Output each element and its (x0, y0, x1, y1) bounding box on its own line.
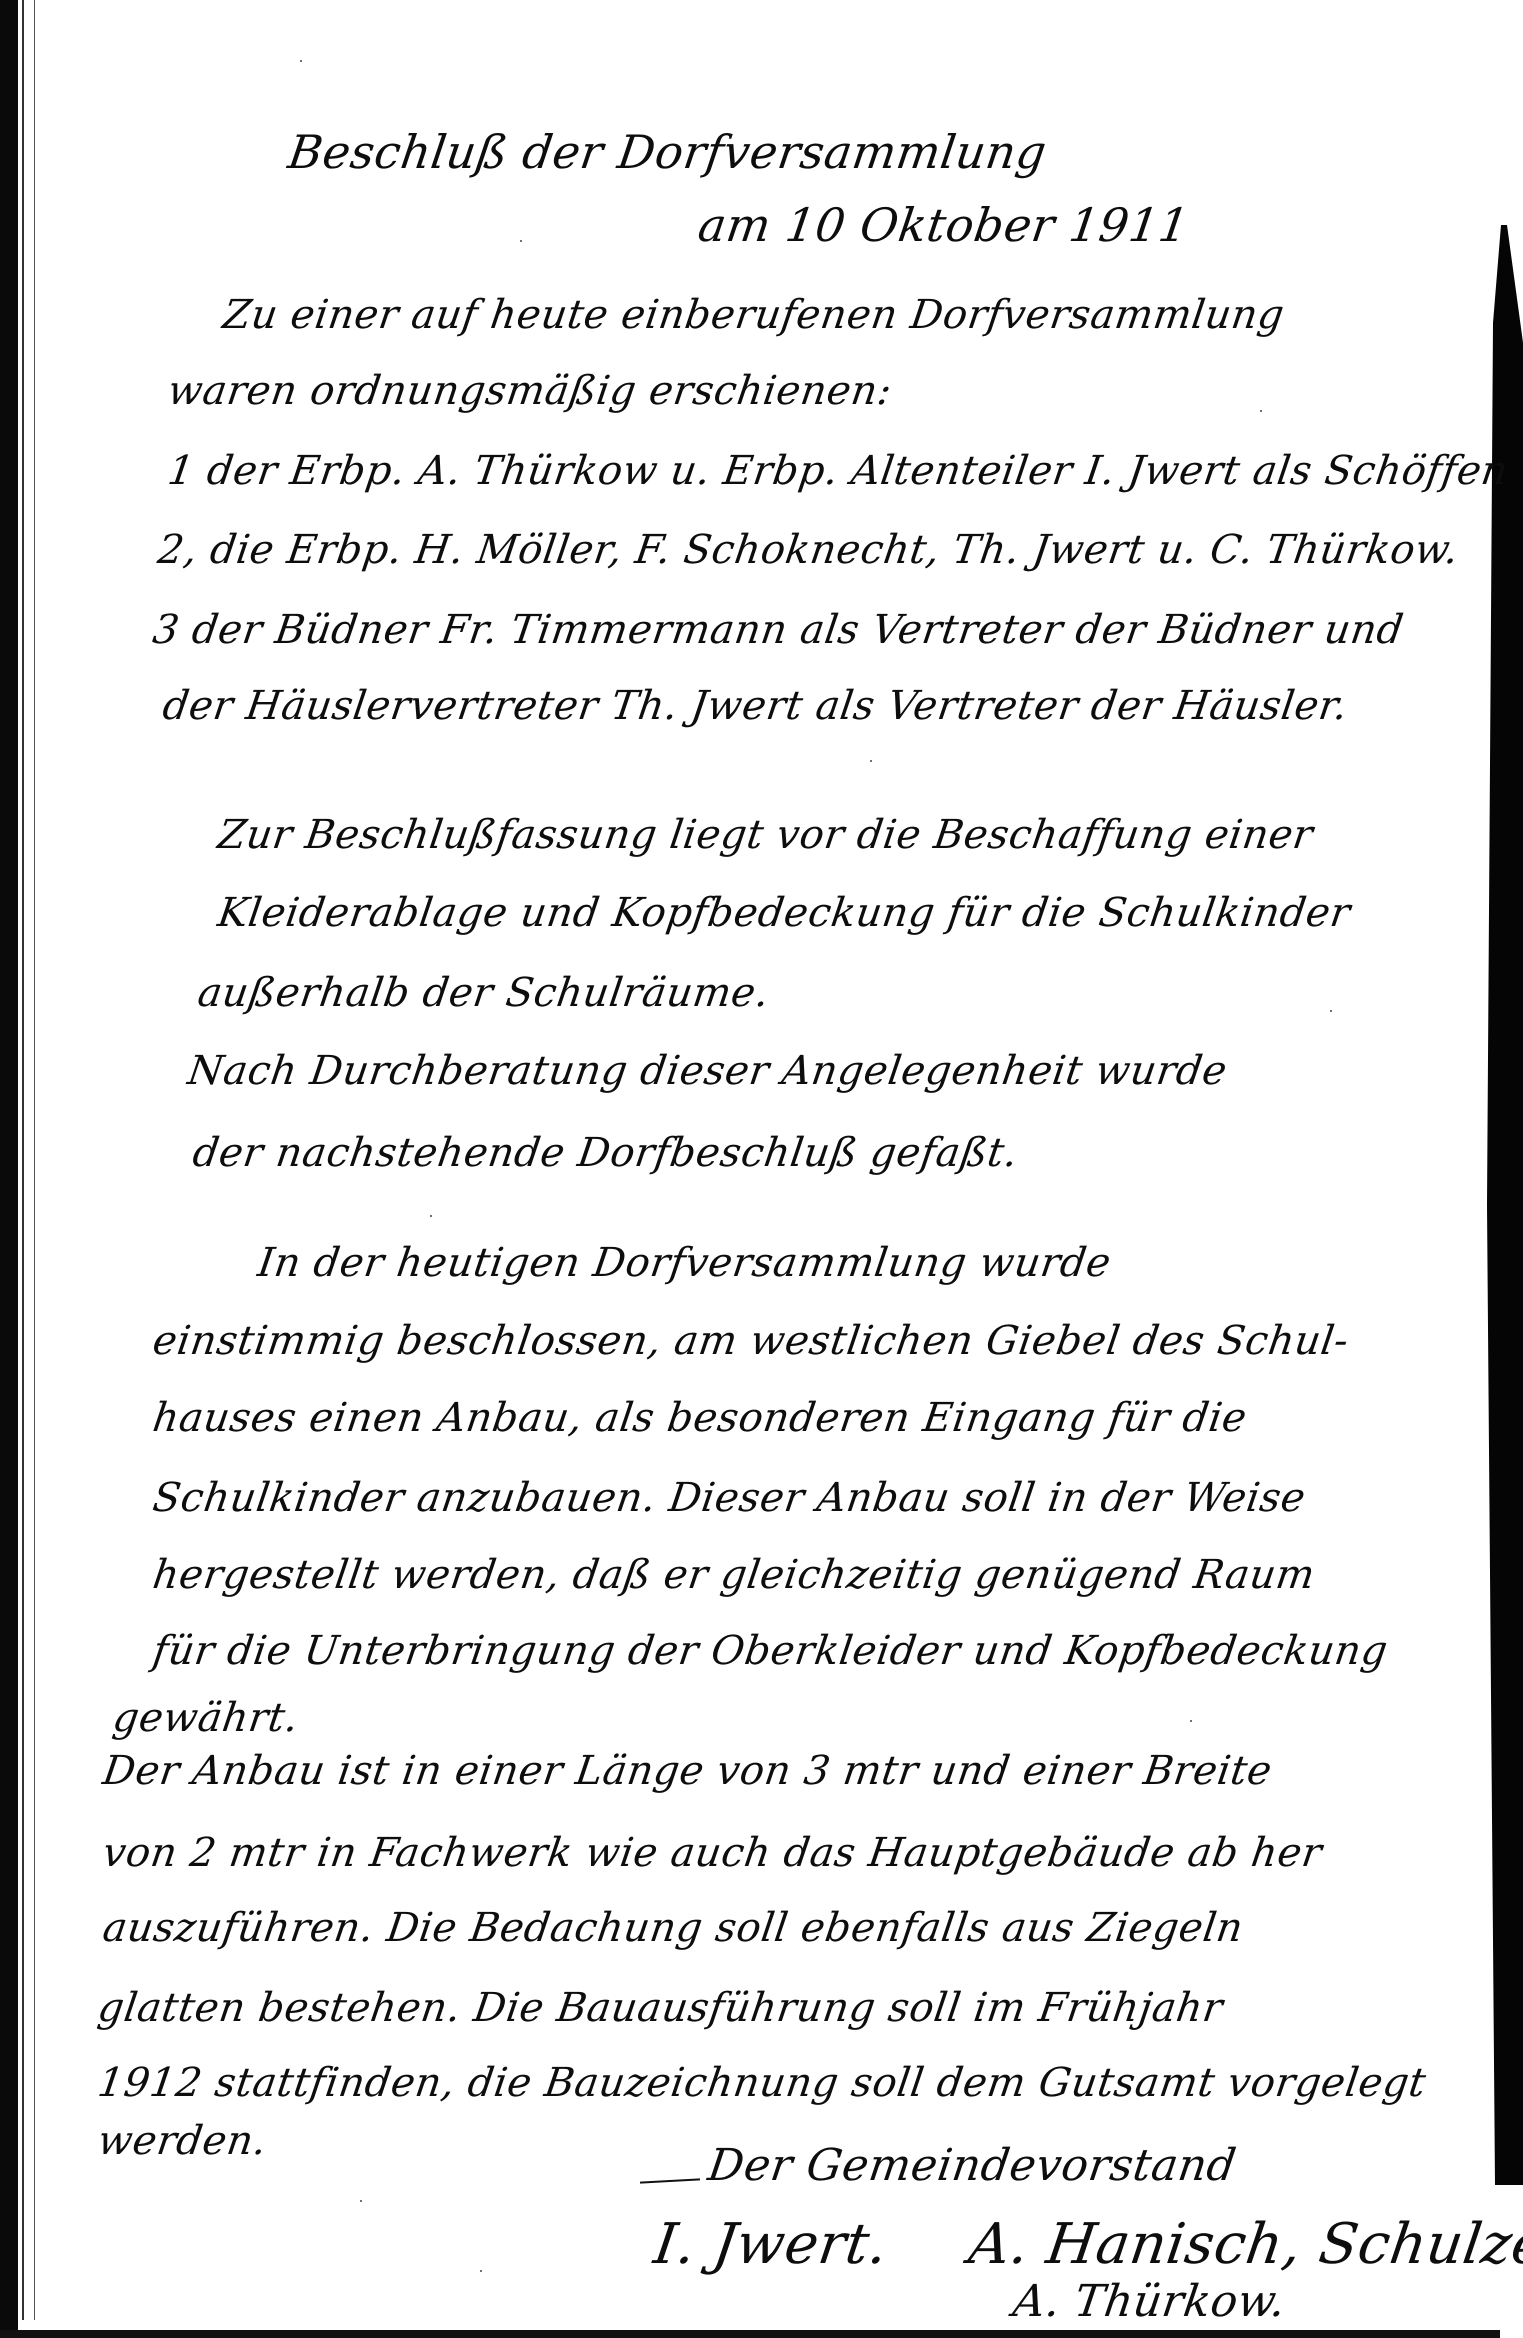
resolution-line: auszuführen. Die Bedachung soll ebenfall… (100, 1905, 1246, 1951)
scan-speck (480, 2270, 482, 2272)
signature-jwert: I. Jwert. (650, 2212, 892, 2277)
resolution-line: gewährt. (110, 1695, 302, 1741)
scan-speck (520, 240, 522, 242)
margin-rule-line (22, 0, 24, 2320)
scan-speck (1330, 1010, 1332, 1012)
attendee-line: 1 der Erbp. A. Thürkow u. Erbp. Altentei… (165, 448, 1511, 494)
scan-speck (1260, 410, 1262, 412)
resolution-line: hergestellt werden, daß er gleichzeitig … (150, 1552, 1318, 1598)
page-edge-bottom (0, 2330, 1500, 2338)
deliberation-line: Nach Durchberatung dieser Angelegenheit … (185, 1048, 1230, 1094)
scan-speck (300, 60, 302, 62)
margin-rule-line (34, 0, 35, 2320)
resolution-line: Der Anbau ist in einer Länge von 3 mtr u… (100, 1748, 1275, 1794)
signature-hanisch: A. Hanisch, Schulze (965, 2212, 1523, 2277)
resolution-line: von 2 mtr in Fachwerk wie auch das Haupt… (100, 1830, 1325, 1876)
resolution-line: werden. (95, 2118, 270, 2164)
closing-line: Der Gemeindevorstand (705, 2140, 1239, 2191)
deliberation-line: der nachstehende Dorfbeschluß gefaßt. (190, 1130, 1021, 1176)
scan-speck (360, 2200, 362, 2202)
intro-line: waren ordnungsmäßig erschienen: (165, 368, 895, 414)
resolution-line: Schulkinder anzubauen. Dieser Anbau soll… (150, 1475, 1308, 1521)
agenda-line: außerhalb der Schulräume. (195, 970, 772, 1016)
resolution-line: glatten bestehen. Die Bauausführung soll… (95, 1985, 1226, 2031)
document-title: Beschluß der Dorfversammlung (285, 125, 1050, 179)
document-date: am 10 Oktober 1911 (695, 198, 1193, 252)
resolution-line: hauses einen Anbau, als besonderen Einga… (150, 1395, 1250, 1441)
binding-edge-left (0, 0, 18, 2338)
scan-speck (1190, 1720, 1192, 1722)
resolution-line: für die Unterbringung der Oberkleider un… (150, 1628, 1391, 1674)
resolution-line: 1912 stattfinden, die Bauzeichnung soll … (95, 2060, 1429, 2106)
scan-speck (870, 760, 872, 762)
attendee-line: der Häuslervertreter Th. Jwert als Vertr… (160, 683, 1351, 729)
scan-speck (430, 1215, 432, 1217)
page-edge-shadow-right (1483, 225, 1523, 2185)
flourish-stroke (640, 2178, 700, 2183)
agenda-line: Zur Beschlußfassung liegt vor die Bescha… (215, 812, 1316, 858)
attendee-line: 2, die Erbp. H. Möller, F. Schoknecht, T… (155, 527, 1462, 573)
resolution-line: In der heutigen Dorfversammlung wurde (255, 1240, 1114, 1286)
attendee-line: 3 der Büdner Fr. Timmermann als Vertrete… (150, 607, 1406, 653)
signature-thuerkow: A. Thürkow. (1010, 2276, 1289, 2327)
agenda-line: Kleiderablage und Kopfbedeckung für die … (215, 890, 1353, 936)
resolution-line: einstimmig beschlossen, am westlichen Gi… (150, 1318, 1352, 1364)
scanned-document-page: Beschluß der Dorfversammlung am 10 Oktob… (0, 0, 1523, 2338)
intro-line: Zu einer auf heute einberufenen Dorfvers… (220, 292, 1287, 338)
